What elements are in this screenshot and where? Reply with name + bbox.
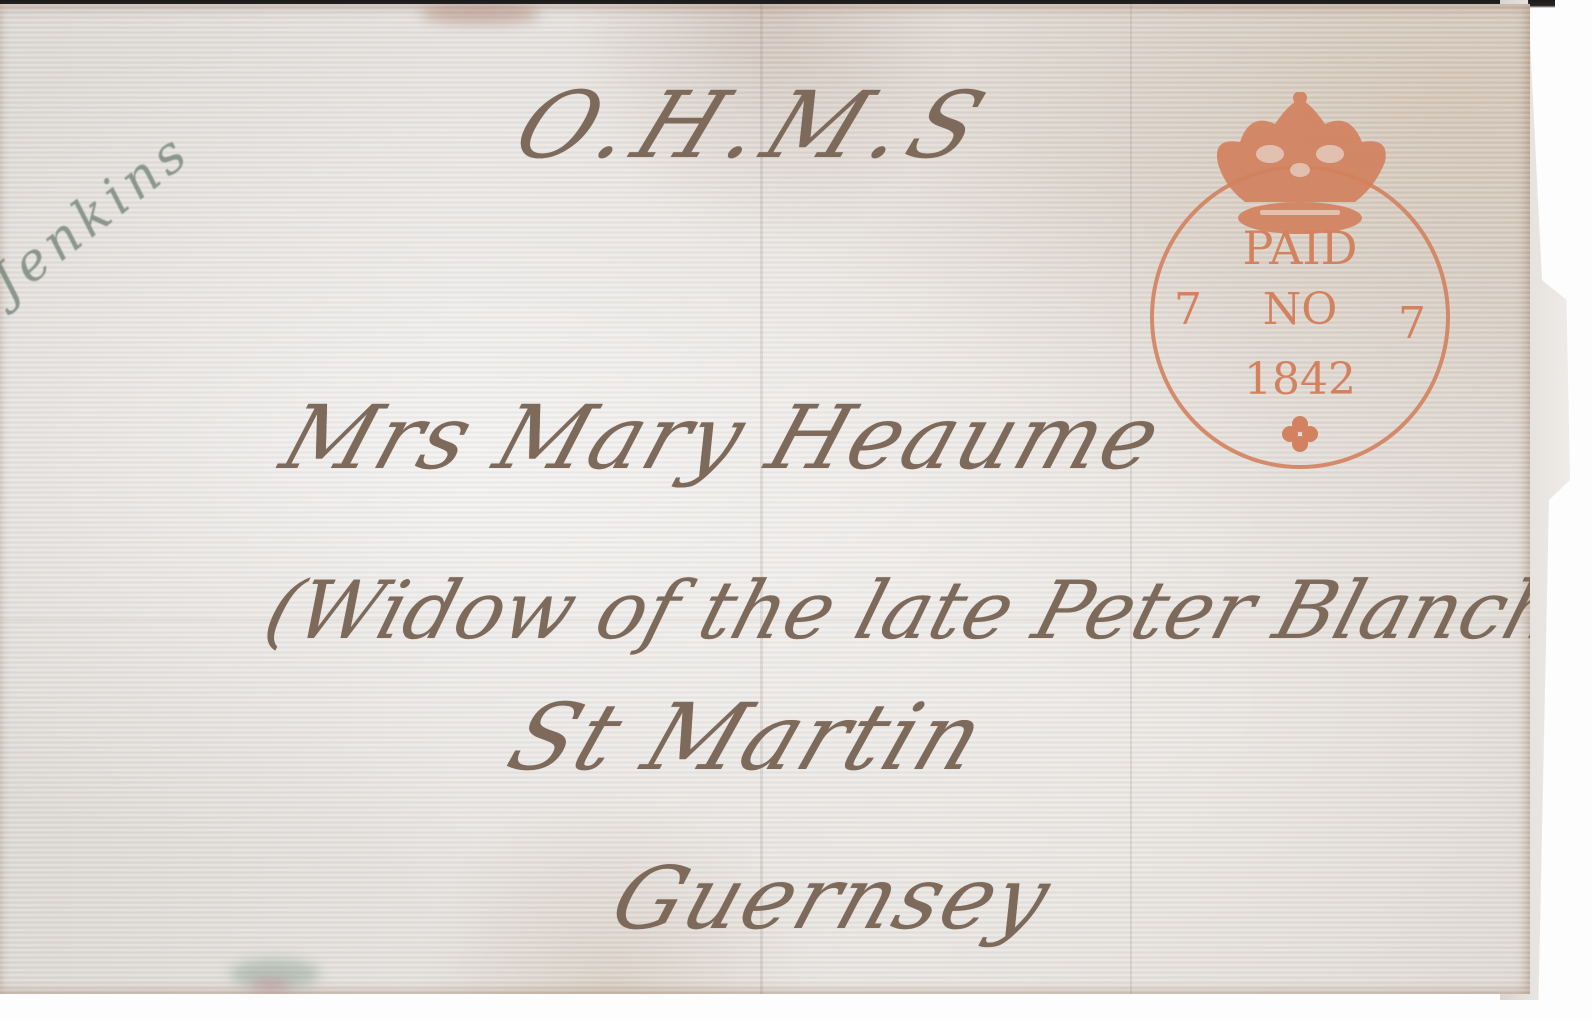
fold-line [1130, 4, 1132, 994]
annotation-ohms: O.H.M.S [500, 72, 1008, 179]
address-line-island: Guernsey [600, 849, 1064, 949]
cross-ornament-icon [1282, 416, 1318, 452]
ink-stain [420, 4, 540, 24]
address-line-note: (Widow of the late Peter Blanche) [255, 564, 1530, 657]
postmark-day-left: 7 [1174, 284, 1202, 335]
postmark-month: NO [1263, 284, 1338, 335]
postmark-day-right: 7 [1398, 298, 1426, 349]
address-line-recipient: Mrs Mary Heaume [270, 386, 1175, 489]
ink-stain [250, 979, 290, 991]
envelope: H.J. Jenkins O.H.M.S Mrs Mary Heaume (Wi… [0, 4, 1530, 994]
postmark-graphic: PAID 7 NO 7 1842 [1150, 92, 1450, 482]
address-line-parish: St Martin [495, 684, 1000, 791]
postmark-year: 1842 [1244, 354, 1356, 405]
postmark-label: PAID [1243, 221, 1358, 275]
crowned-paid-postmark: PAID 7 NO 7 1842 [1150, 92, 1450, 482]
